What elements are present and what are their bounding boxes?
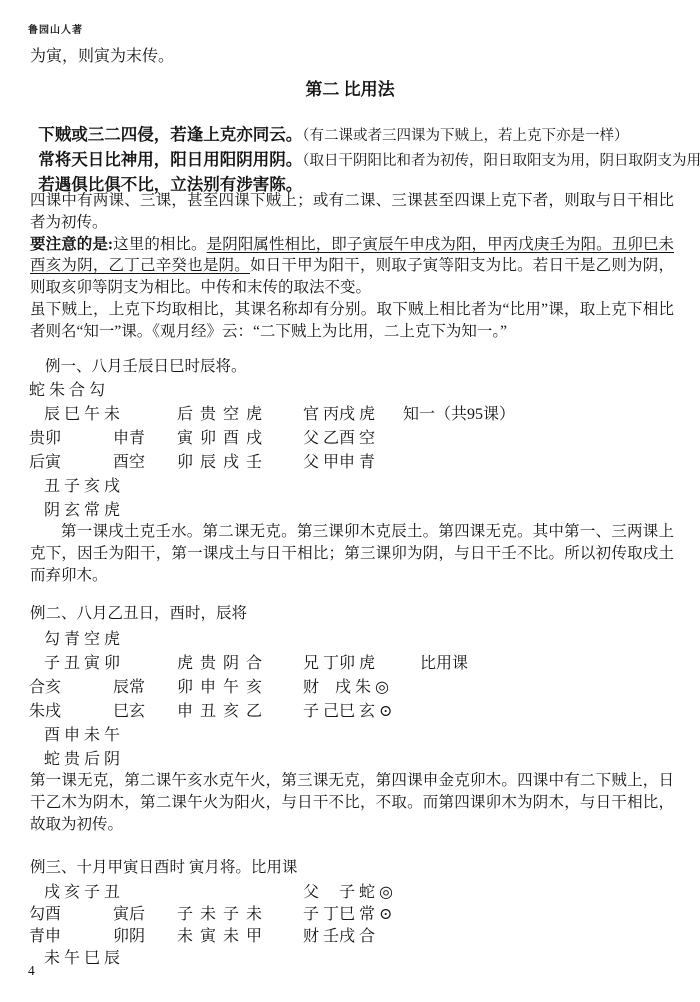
author-watermark: 鲁园山人著 (28, 21, 83, 36)
ex2-course-type-label: 比用课 (420, 650, 468, 673)
ex3-court-row-2: 未 寅 未 甲 (177, 923, 264, 946)
ex1-lesson-row-2: 父 乙酉 空 (303, 425, 375, 448)
ex2-generals-bottom-row: 蛇 贵 后 阴 (44, 746, 120, 769)
ex2-lesson-row-2: 财 戌 朱 ◎ (303, 674, 389, 697)
ex2-side-left-3: 朱戌 (29, 698, 61, 721)
ex2-side-right-3: 巳玄 (113, 698, 145, 721)
example1-analysis: 第一课戌土克壬水。第二课无克。第三课卯木克辰土。第四课无克。其中第一、三两课上克… (30, 521, 674, 586)
attention-lead: 要注意的是: (30, 236, 113, 253)
ex1-heaven-plate-bottom: 丑 子 亥 戌 (44, 473, 120, 496)
ex2-court-row-3: 申 丑 亥 乙 (177, 698, 264, 721)
ex2-heaven-plate-top: 子 丑 寅 卯 (44, 650, 120, 673)
verse-line-2-note: （取日干阴阳比和者为初传，阳日取阳支为用，阴日取阴支为用） (302, 153, 700, 169)
example1-header: 例一、八月壬辰日巳时辰将。 (45, 354, 247, 376)
paragraph-naming-rule: 虽下贼上，上克下均取相比，其课名称却有分别。取下贼上相比者为“比用”课，取上克下… (30, 299, 674, 343)
ex1-course-type-label: 知一（共95课） (403, 401, 515, 424)
explanation-block: 四课中有两课、三课，甚至四课下贼上；或有二课、三课甚至四课上克下者，则取与日干相… (30, 190, 674, 343)
ex1-court-row-2: 寅 卯 酉 戌 (177, 425, 264, 448)
ex1-court-row-3: 卯 辰 戌 壬 (177, 449, 264, 472)
ex3-lesson-row-1: 子 丁巳 常 ⊙ (303, 901, 392, 924)
verse-line-3: 若遇俱比俱不比，立法别有涉害陈。 (30, 151, 302, 195)
ex1-side-left-2: 贵卯 (29, 425, 61, 448)
ex3-lesson-row-0: 父 子 蛇 ◎ (303, 879, 393, 902)
ex3-lesson-row-2: 财 壬戌 合 (303, 923, 375, 946)
paragraph-attention-note: 要注意的是:这里的相比。是阴阳属性相比，即子寅辰午申戌为阳，甲丙戊庚壬为阳。丑卯… (30, 234, 674, 299)
paragraph-selection-rule: 四课中有两课、三课，甚至四课下贼上；或有二课、三课甚至四课上克下者，则取与日干相… (30, 190, 674, 234)
ex1-court-row-1: 后 贵 空 虎 (177, 401, 264, 424)
example2-header: 例二、八月乙丑日，酉时，辰将 (30, 601, 247, 623)
ex3-side-right-1: 寅后 (113, 901, 145, 924)
ex1-generals-top-row: 蛇 朱 合 勾 (29, 377, 105, 400)
ex2-lesson-row-1: 兄 丁卯 虎 (303, 650, 375, 673)
ex1-side-right-2: 申青 (113, 425, 145, 448)
ex1-lesson-row-3: 父 甲申 青 (303, 449, 375, 472)
attention-text-a: 这里的相比。 (113, 236, 207, 253)
ex2-side-left-2: 合亥 (29, 674, 61, 697)
ex3-side-right-2: 卯阴 (113, 923, 145, 946)
example2-analysis: 第一课无克，第二课午亥水克午火，第三课无克，第四课申金克卯木。四课中有二下贼上，… (30, 770, 674, 835)
ex2-side-right-2: 辰常 (113, 674, 145, 697)
ex2-court-row-1: 虎 贵 阴 合 (177, 650, 264, 673)
ex2-court-row-2: 卯 申 午 亥 (177, 674, 264, 697)
document-page: { "page": { "watermark": "鲁园山人著", "intro… (0, 0, 700, 1002)
ex1-lesson-row-1: 官 丙戌 虎 (303, 401, 375, 424)
ex3-side-left-1: 勾酉 (29, 901, 61, 924)
example3-header: 例三、十月甲寅日酉时 寅月将。比用课 (30, 855, 297, 877)
ex2-generals-top-row: 勾 青 空 虎 (44, 626, 120, 649)
ex3-heaven-plate-top: 戌 亥 子 丑 (44, 879, 120, 902)
ex3-heaven-plate-bottom: 未 午 巳 辰 (44, 945, 120, 968)
ex1-side-right-3: 酉空 (113, 449, 145, 472)
ex2-heaven-plate-bottom: 酉 申 未 午 (44, 722, 120, 745)
ex1-generals-bottom-row: 阴 玄 常 虎 (44, 497, 120, 520)
section-title: 第二 比用法 (0, 75, 700, 100)
ex1-side-left-3: 后寅 (29, 449, 61, 472)
carryover-sentence: 为寅，则寅为末传。 (30, 43, 174, 66)
ex1-heaven-plate-top: 辰 巳 午 未 (44, 401, 120, 424)
page-number: 4 (28, 963, 35, 979)
ex2-lesson-row-3: 子 己巳 玄 ⊙ (303, 698, 392, 721)
ex3-side-left-2: 青申 (29, 923, 61, 946)
ex3-court-row-1: 子 未 子 未 (177, 901, 264, 924)
